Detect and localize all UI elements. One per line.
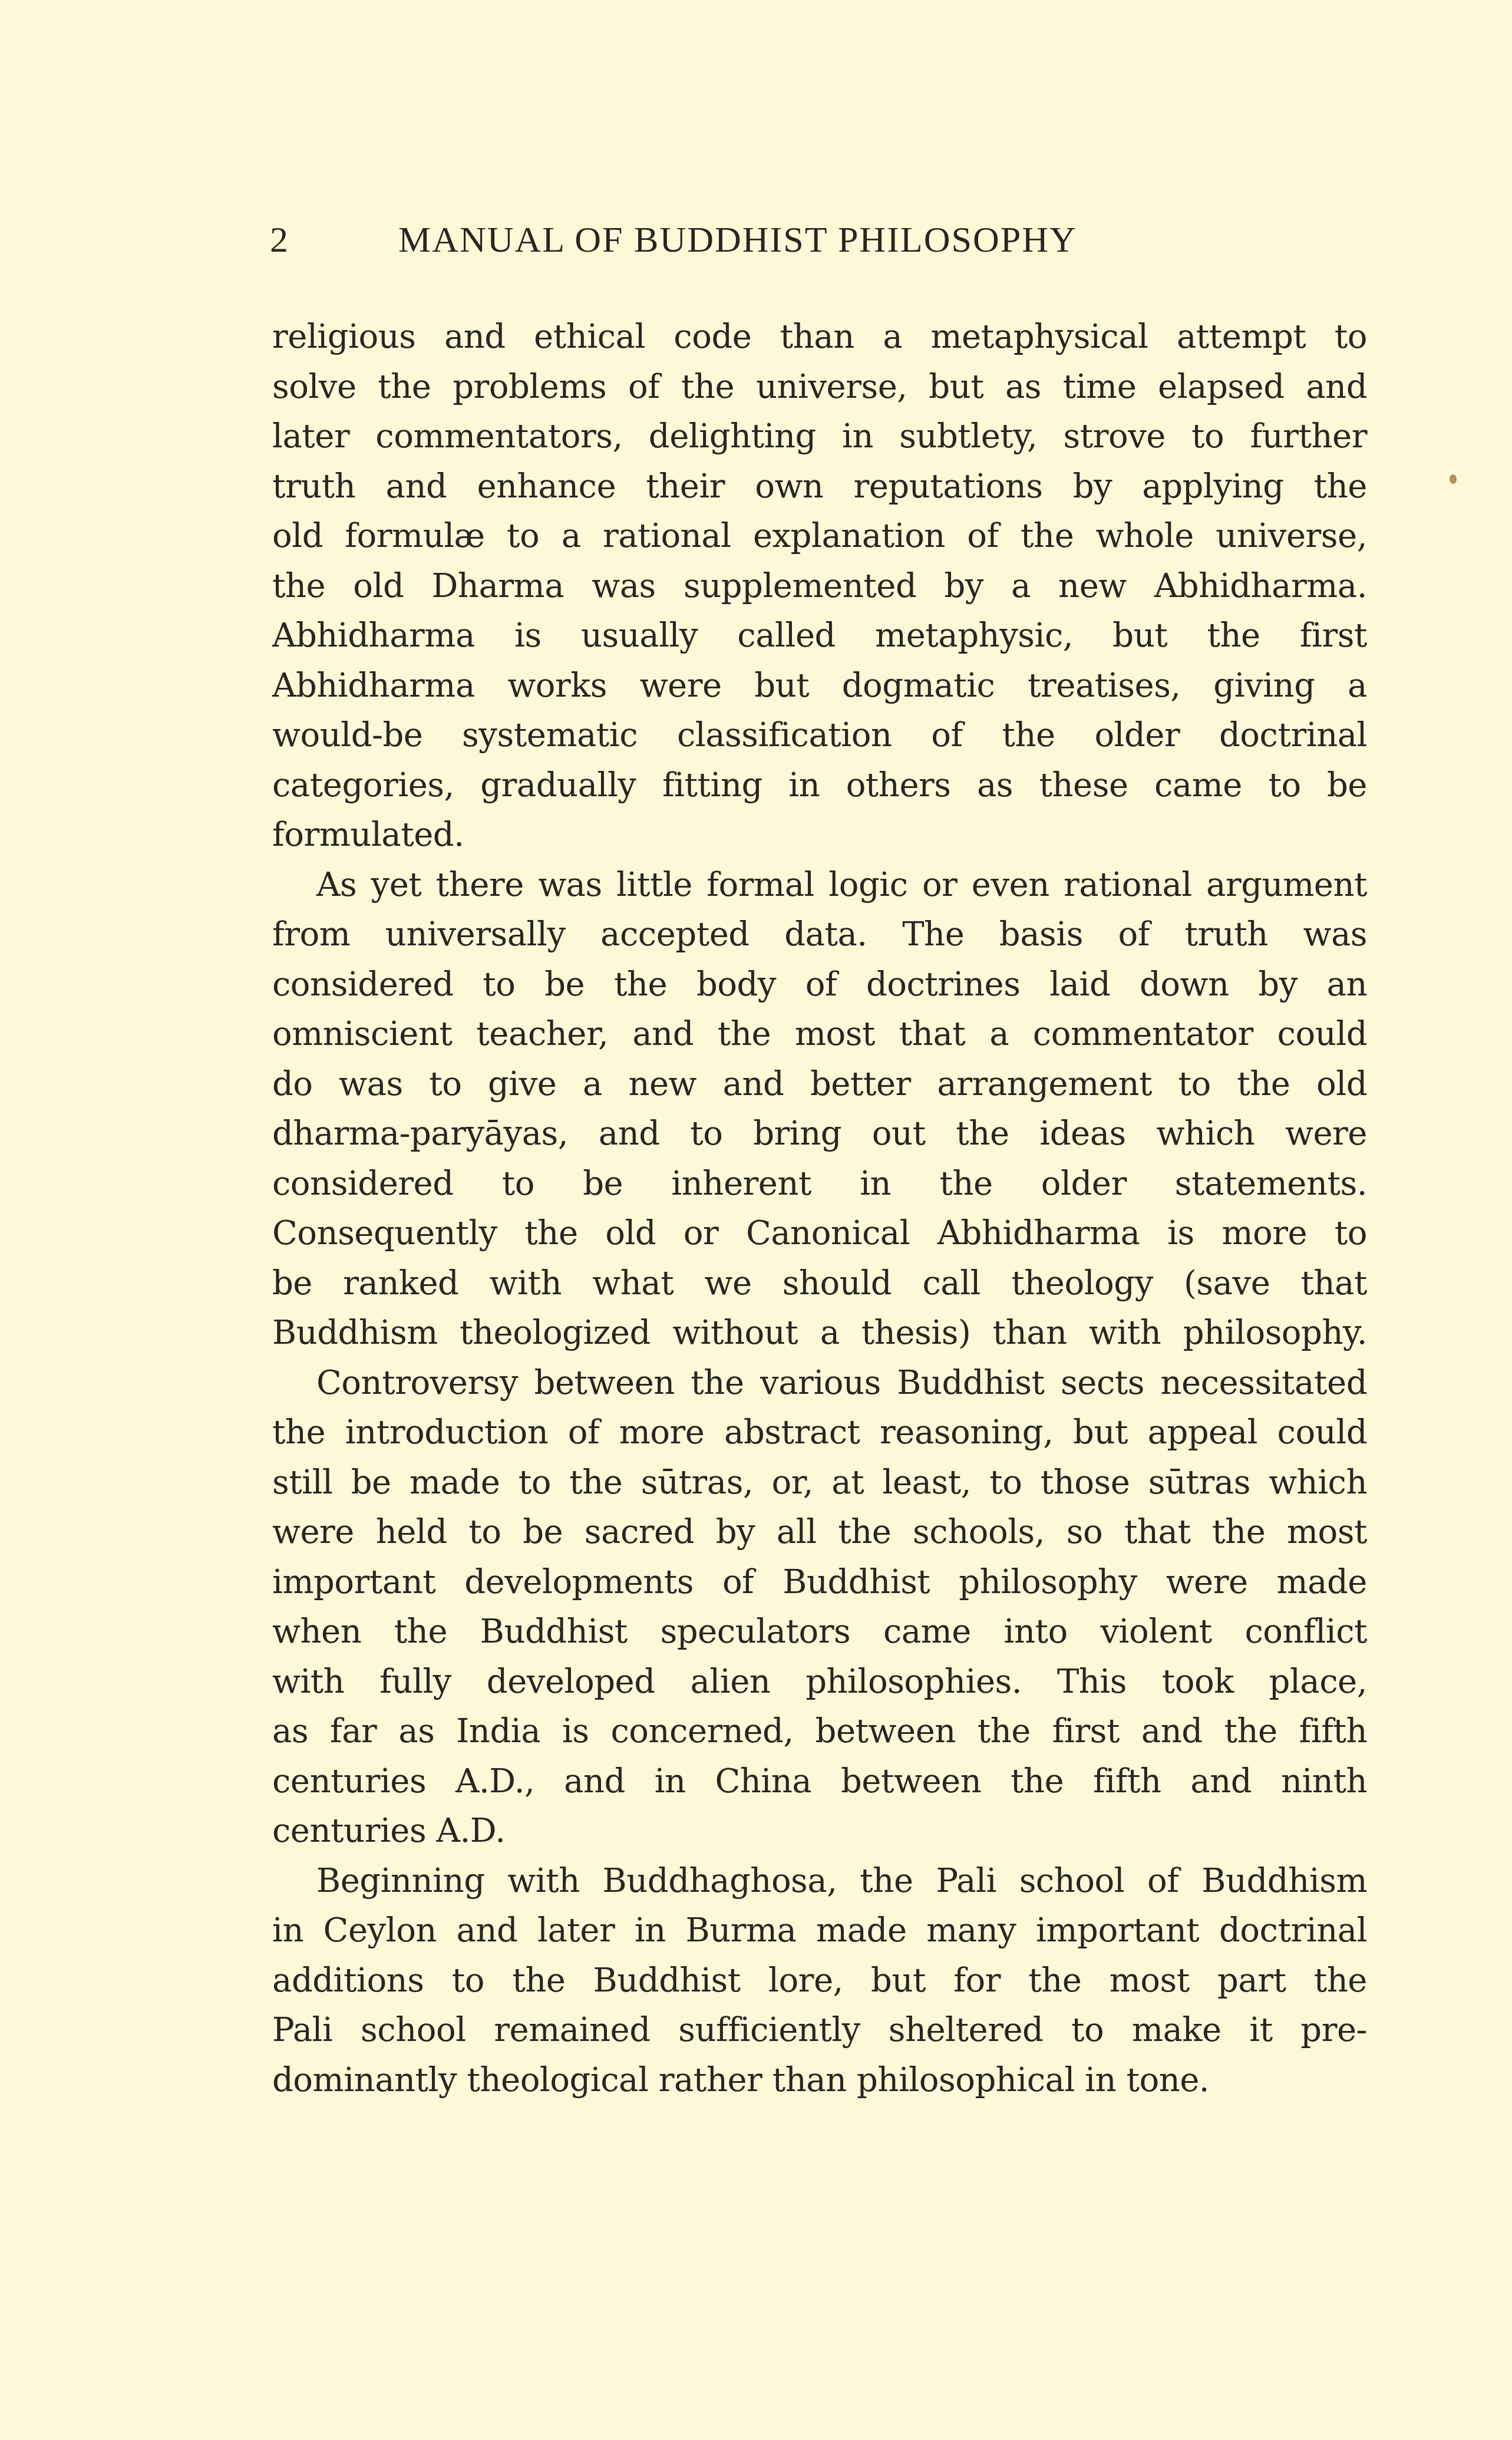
text-line: old formulæ to a rational explanation of… (272, 512, 1367, 562)
text-line: the introduction of more abstract reason… (272, 1408, 1367, 1458)
text-line: Beginning with Buddhaghosa, the Pali sch… (272, 1857, 1367, 1907)
text-line: dominantly theological rather than philo… (272, 2056, 1367, 2106)
text-line: the old Dharma was supplemented by a new… (272, 562, 1367, 612)
paragraph-3: Controversy between the various Buddhist… (272, 1359, 1367, 1857)
text-line: categories, gradually fitting in others … (272, 761, 1367, 811)
text-line: omniscient teacher, and the most that a … (272, 1010, 1367, 1060)
text-line: do was to give a new and better arrangem… (272, 1060, 1367, 1110)
text-line: Consequently the old or Canonical Abhidh… (272, 1209, 1367, 1259)
text-line: formulated. (272, 810, 1367, 860)
text-line: dharma-paryāyas, and to bring out the id… (272, 1109, 1367, 1159)
text-line: considered to be inherent in the older s… (272, 1159, 1367, 1209)
text-line: with fully developed alien philosophies.… (272, 1657, 1367, 1707)
body-text: religious and ethical code than a metaph… (272, 312, 1367, 2105)
text-line: would-be systematic classification of th… (272, 711, 1367, 761)
text-line: truth and enhance their own reputations … (272, 462, 1367, 512)
page-header: 2 MANUAL OF BUDDHIST PHILOSOPHY (270, 219, 1366, 272)
text-line: As yet there was little formal logic or … (272, 860, 1367, 911)
text-line: be ranked with what we should call theol… (272, 1259, 1367, 1309)
text-line: from universally accepted data. The basi… (272, 910, 1367, 960)
paragraph-4: Beginning with Buddhaghosa, the Pali sch… (272, 1857, 1367, 2106)
text-line: Abhidharma is usually called metaphysic,… (272, 611, 1367, 661)
text-line: religious and ethical code than a metaph… (272, 312, 1367, 362)
text-line: later commentators, delighting in subtle… (272, 412, 1367, 462)
page-number: 2 (270, 219, 289, 261)
text-line: as far as India is concerned, between th… (272, 1707, 1367, 1757)
running-title: MANUAL OF BUDDHIST PHILOSOPHY (398, 219, 1077, 261)
paper-blemish (1450, 474, 1457, 484)
text-line: Abhidharma works were but dogmatic treat… (272, 661, 1367, 711)
text-line: considered to be the body of doctrines l… (272, 960, 1367, 1010)
text-line: Pali school remained sufficiently shelte… (272, 2006, 1367, 2056)
text-line: centuries A.D., and in China between the… (272, 1757, 1367, 1807)
text-line: centuries A.D. (272, 1806, 1367, 1857)
text-line: important developments of Buddhist philo… (272, 1558, 1367, 1608)
paragraph-2: As yet there was little formal logic or … (272, 860, 1367, 1359)
text-line: in Ceylon and later in Burma made many i… (272, 1906, 1367, 1956)
text-line: additions to the Buddhist lore, but for … (272, 1956, 1367, 2006)
text-line: were held to be sacred by all the school… (272, 1508, 1367, 1558)
paragraph-1: religious and ethical code than a metaph… (272, 312, 1367, 860)
text-line: still be made to the sūtras, or, at leas… (272, 1458, 1367, 1508)
text-line: Controversy between the various Buddhist… (272, 1359, 1367, 1409)
text-line: solve the problems of the universe, but … (272, 362, 1367, 413)
text-line: when the Buddhist speculators came into … (272, 1607, 1367, 1657)
text-line: Buddhism theologized without a thesis) t… (272, 1308, 1367, 1359)
